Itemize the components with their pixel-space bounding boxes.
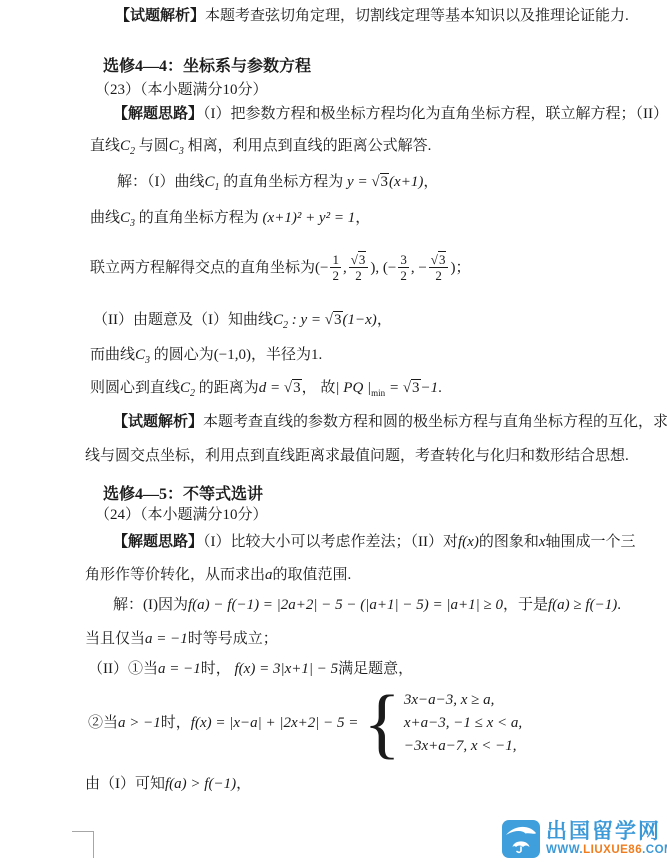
analysis-label: 【试题解析】 bbox=[115, 8, 205, 24]
analysis-44-line2: 线与圆交点坐标，利用点到直线距离求最值问题，考查转化与化归和数形结合思想. bbox=[85, 445, 629, 467]
formula-c2-equation: : y = √3(1−x) bbox=[288, 312, 377, 328]
sol-44-intersection-line: 联立两方程解得交点的直角坐标为 (−12,√32), (−32, −√32) ； bbox=[90, 244, 470, 292]
formula-difference: f(a) − f(−1) = |2a+2| − 5 − (|a+1| − 5) … bbox=[188, 597, 503, 613]
analysis-label: 【试题解析】 bbox=[113, 414, 203, 430]
sol-44-i-line1: 解：（I）曲线C1 的直角坐标方程为 y = √3(x+1)， bbox=[117, 171, 438, 199]
text-segment: 联立两方程解得交点的直角坐标为 bbox=[90, 257, 315, 279]
text-segment: 则圆心到直线 bbox=[90, 380, 180, 396]
section-4-5-heading: 选修4—5：不等式选讲 bbox=[103, 484, 263, 506]
formula-intersection-points: (−12,√32), (−32, −√32) bbox=[315, 252, 455, 284]
sol-44-ii-line1: （II）由题意及（I）知曲线C2 : y = √3(1−x)， bbox=[93, 309, 392, 337]
text-segment: ， 故 bbox=[302, 380, 336, 396]
formula-fa-gt-fneg1: f(a) > f(−1) bbox=[165, 776, 236, 792]
fraction-sqrt3-2: √32 bbox=[349, 252, 369, 284]
formula-fx-definition: f(x) = |x−a| + |2x+2| − 5 = bbox=[191, 712, 359, 734]
math-C1: C1 bbox=[205, 174, 220, 190]
math-x: x bbox=[539, 534, 546, 550]
text-segment: 本题考查直线的参数方程和圆的极坐标方程与直角坐标方程的互化，求直 bbox=[203, 414, 667, 430]
text-segment: 直线 bbox=[90, 138, 120, 154]
sol-45-line2: 当且仅当a = −1时等号成立； bbox=[85, 628, 278, 650]
text-segment: 的距离为 bbox=[199, 380, 259, 396]
text-segment: ②当 bbox=[88, 712, 118, 734]
sol-45-line1: 解：(I)因为f(a) − f(−1) = |2a+2| − 5 − (|a+1… bbox=[113, 594, 621, 616]
text-segment: 解：(I)因为 bbox=[113, 597, 188, 613]
text-segment: 角形作等价转化，从而求出 bbox=[85, 567, 265, 583]
formula-inequality: f(a) ≥ f(−1) bbox=[548, 597, 617, 613]
formula-fx-case1: f(x) = 3|x+1| − 5 bbox=[235, 661, 339, 677]
idea-45-line2: 角形作等价转化，从而求出a的取值范围. bbox=[85, 564, 351, 586]
text-segment: ，半径为 bbox=[251, 347, 311, 363]
problem-24-number: （24）（本小题满分10分） bbox=[95, 504, 268, 526]
idea-44-line1: 【解题思路】（I）把参数方程和极坐标方程均化为直角坐标方程，联立解方程；（II） bbox=[113, 103, 667, 125]
idea-label: 【解题思路】 bbox=[113, 534, 203, 550]
math-a-gt-neg1: a > −1 bbox=[118, 712, 161, 734]
idea-44-line2: 直线C2 与圆C3 相离，利用点到直线的距离公式解答. bbox=[90, 135, 431, 163]
text-segment: （I）把参数方程和极坐标方程均化为直角坐标方程，联立解方程；（II） bbox=[203, 106, 667, 122]
sol-45-line3: （II）①当a = −1时， f(x) = 3|x+1| − 5满足题意， bbox=[88, 658, 413, 680]
math-C3: C3 bbox=[169, 138, 184, 154]
fraction-1-2: 12 bbox=[330, 252, 341, 284]
text-segment: （I）比较大小可以考虑作差法；（II）对 bbox=[203, 534, 458, 550]
text-segment: ， bbox=[377, 312, 392, 328]
sqrt-radical: √3 bbox=[403, 377, 421, 399]
sol-44-ii-line2: 而曲线C3 的圆心为(−1,0)，半径为1. bbox=[90, 344, 322, 372]
math-a-eq-neg1: a = −1 bbox=[158, 661, 201, 677]
text-segment: （II）①当 bbox=[88, 661, 158, 677]
fraction-3-2: 32 bbox=[398, 252, 409, 284]
math-C2: C2 bbox=[180, 380, 195, 396]
math-a-eq-neg1: a = −1 bbox=[145, 631, 188, 647]
text-segment: 时， bbox=[161, 712, 191, 734]
sqrt-radical: √3 bbox=[325, 309, 343, 331]
text-segment: 满足题意， bbox=[338, 661, 413, 677]
text-segment: . bbox=[438, 380, 442, 396]
section-4-4-heading: 选修4—4：坐标系与参数方程 bbox=[103, 56, 311, 78]
piecewise-brace: { bbox=[363, 690, 400, 756]
math-a: a bbox=[265, 567, 273, 583]
site-url: WWW.LIUXUE86.COM bbox=[546, 845, 667, 857]
value-radius: 1 bbox=[311, 347, 319, 363]
piecewise-case-3: −3x+a−7, x < −1, bbox=[404, 737, 522, 755]
text-segment: 由（I）可知 bbox=[85, 776, 165, 792]
text-segment: 当且仅当 bbox=[85, 631, 145, 647]
text-segment: 的直角坐标方程为 bbox=[223, 174, 347, 190]
text-segment: 轴围成一个三 bbox=[546, 534, 636, 550]
text-segment: 的圆心为 bbox=[154, 347, 214, 363]
text-segment: 曲线 bbox=[90, 210, 120, 226]
liuxue86-watermark: 出国留学网 WWW.LIUXUE86.COM bbox=[502, 820, 667, 858]
text-segment: 本题考查弦切角定理，切割线定理等基本知识以及推理论证能力. bbox=[205, 8, 629, 24]
math-fx: f(x) bbox=[458, 534, 479, 550]
sol-44-i-line2: 曲线C3 的直角坐标方程为 (x+1)² + y² = 1， bbox=[90, 207, 370, 235]
math-C3: C3 bbox=[120, 210, 135, 226]
text-segment: 相离，利用点到直线的距离公式解答. bbox=[188, 138, 432, 154]
text-segment: 与圆 bbox=[139, 138, 169, 154]
textbox-corner-mark bbox=[72, 831, 94, 858]
text-segment: . bbox=[319, 347, 323, 363]
fraction-neg-sqrt3-2: √32 bbox=[429, 252, 449, 284]
sol-45-piecewise-line: ②当a > −1时， f(x) = |x−a| + |2x+2| − 5 ={3… bbox=[88, 685, 522, 761]
formula-distance: d = √3 bbox=[259, 380, 302, 396]
liuxue-logo-text: 出国留学网 WWW.LIUXUE86.COM bbox=[546, 821, 667, 857]
text-segment: 的取值范围. bbox=[273, 567, 352, 583]
formula-circle-equation: (x+1)² + y² = 1 bbox=[263, 210, 356, 226]
text-segment: ， bbox=[355, 210, 370, 226]
text-segment: 时， bbox=[201, 661, 235, 677]
sqrt-radical: √3 bbox=[371, 171, 389, 193]
formula-center: (−1,0) bbox=[214, 347, 251, 363]
problem-23-number: （23）（本小题满分10分） bbox=[95, 79, 268, 101]
piecewise-case-1: 3x−a−3, x ≥ a, bbox=[404, 691, 522, 709]
text-segment: 解：（I）曲线 bbox=[117, 174, 205, 190]
text-segment: 而曲线 bbox=[90, 347, 135, 363]
text-segment: ， bbox=[236, 776, 251, 792]
text-segment: ； bbox=[455, 257, 470, 279]
text-segment: . bbox=[617, 597, 621, 613]
text-segment: ， bbox=[423, 174, 438, 190]
text-segment: ，于是 bbox=[503, 597, 548, 613]
text-segment: 的图象和 bbox=[479, 534, 539, 550]
idea-label: 【解题思路】 bbox=[113, 106, 203, 122]
sol-45-line5: 由（I）可知f(a) > f(−1)， bbox=[85, 773, 251, 795]
idea-45-line1: 【解题思路】（I）比较大小可以考虑作差法；（II）对f(x)的图象和x轴围成一个… bbox=[113, 531, 636, 553]
analysis-44-line1: 【试题解析】本题考查直线的参数方程和圆的极坐标方程与直角坐标方程的互化，求直 bbox=[113, 411, 667, 433]
sqrt-radical: √3 bbox=[284, 377, 302, 399]
sol-44-ii-line3: 则圆心到直线C2 的距离为d = √3， 故| PQ |min = √3−1. bbox=[90, 377, 442, 405]
prev-analysis-line: 【试题解析】本题考查弦切角定理，切割线定理等基本知识以及推理论证能力. bbox=[115, 5, 629, 27]
math-C2: C2 bbox=[273, 312, 288, 328]
piecewise-case-2: x+a−3, −1 ≤ x < a, bbox=[404, 714, 522, 732]
piecewise-cases: 3x−a−3, x ≥ a,x+a−3, −1 ≤ x < a,−3x+a−7,… bbox=[404, 691, 522, 755]
text-segment: 的直角坐标方程为 bbox=[139, 210, 263, 226]
liuxue-logo-icon bbox=[502, 820, 540, 858]
formula-pq-min: | PQ |min = √3−1 bbox=[335, 380, 438, 396]
formula-c1-equation: y = √3(x+1) bbox=[347, 174, 423, 190]
text-segment: 时等号成立； bbox=[188, 631, 278, 647]
math-C2: C2 bbox=[120, 138, 135, 154]
math-C3: C3 bbox=[135, 347, 150, 363]
site-name: 出国留学网 bbox=[546, 821, 667, 842]
text-segment: （II）由题意及（I）知曲线 bbox=[93, 312, 273, 328]
